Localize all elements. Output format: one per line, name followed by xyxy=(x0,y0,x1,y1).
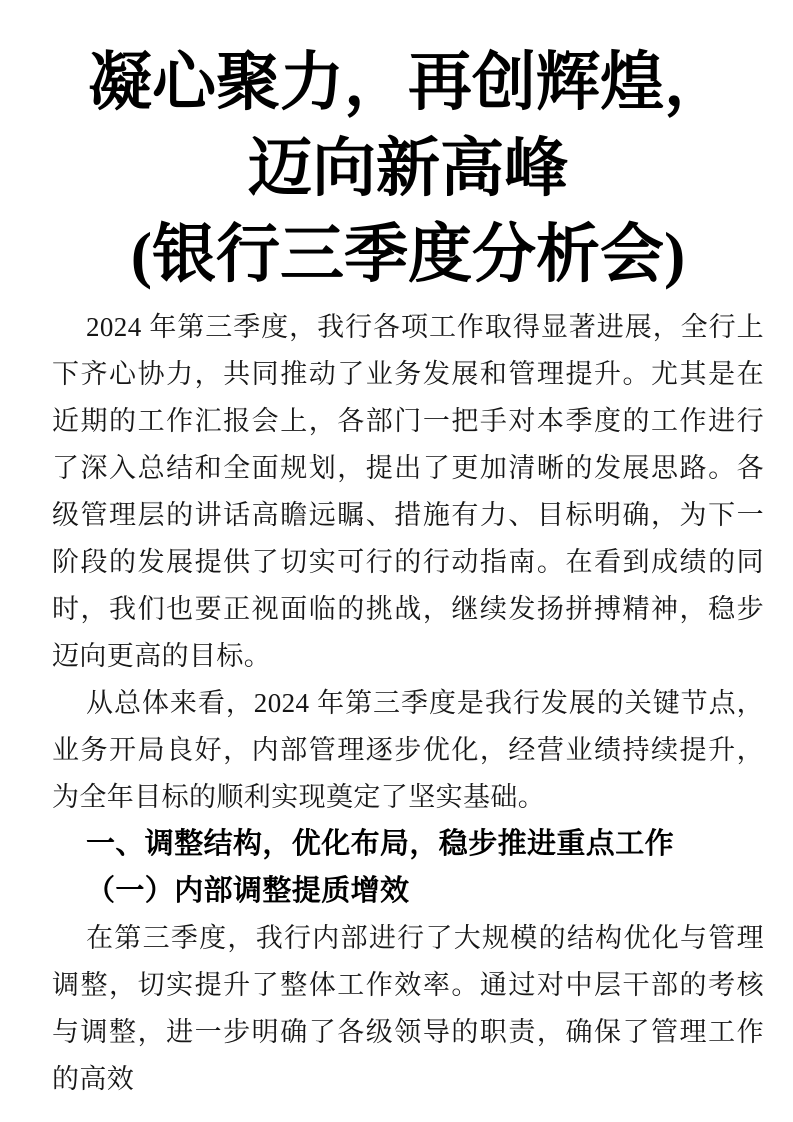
document-title: 凝心聚力，再创辉煌， 迈向新高峰 (银行三季度分析会) xyxy=(52,40,764,298)
paragraph-overview: 2024 年第三季度，我行各项工作取得显著进展，全行上下齐心协力，共同推动了业务… xyxy=(52,304,764,680)
title-line-3: (银行三季度分析会) xyxy=(52,212,764,298)
subsection-heading-1-1: （一）内部调整提质增效 xyxy=(52,868,764,915)
document-page: 凝心聚力，再创辉煌， 迈向新高峰 (银行三季度分析会) 2024 年第三季度，我… xyxy=(0,0,793,1122)
paragraph-summary: 从总体来看，2024 年第三季度是我行发展的关键节点，业务开局良好，内部管理逐步… xyxy=(52,680,764,821)
section-heading-1: 一、调整结构，优化布局，稳步推进重点工作 xyxy=(52,821,764,868)
paragraph-section-body: 在第三季度，我行内部进行了大规模的结构优化与管理调整，切实提升了整体工作效率。通… xyxy=(52,915,764,1103)
title-line-2: 迈向新高峰 xyxy=(52,126,764,212)
title-line-1: 凝心聚力，再创辉煌， xyxy=(52,40,764,126)
